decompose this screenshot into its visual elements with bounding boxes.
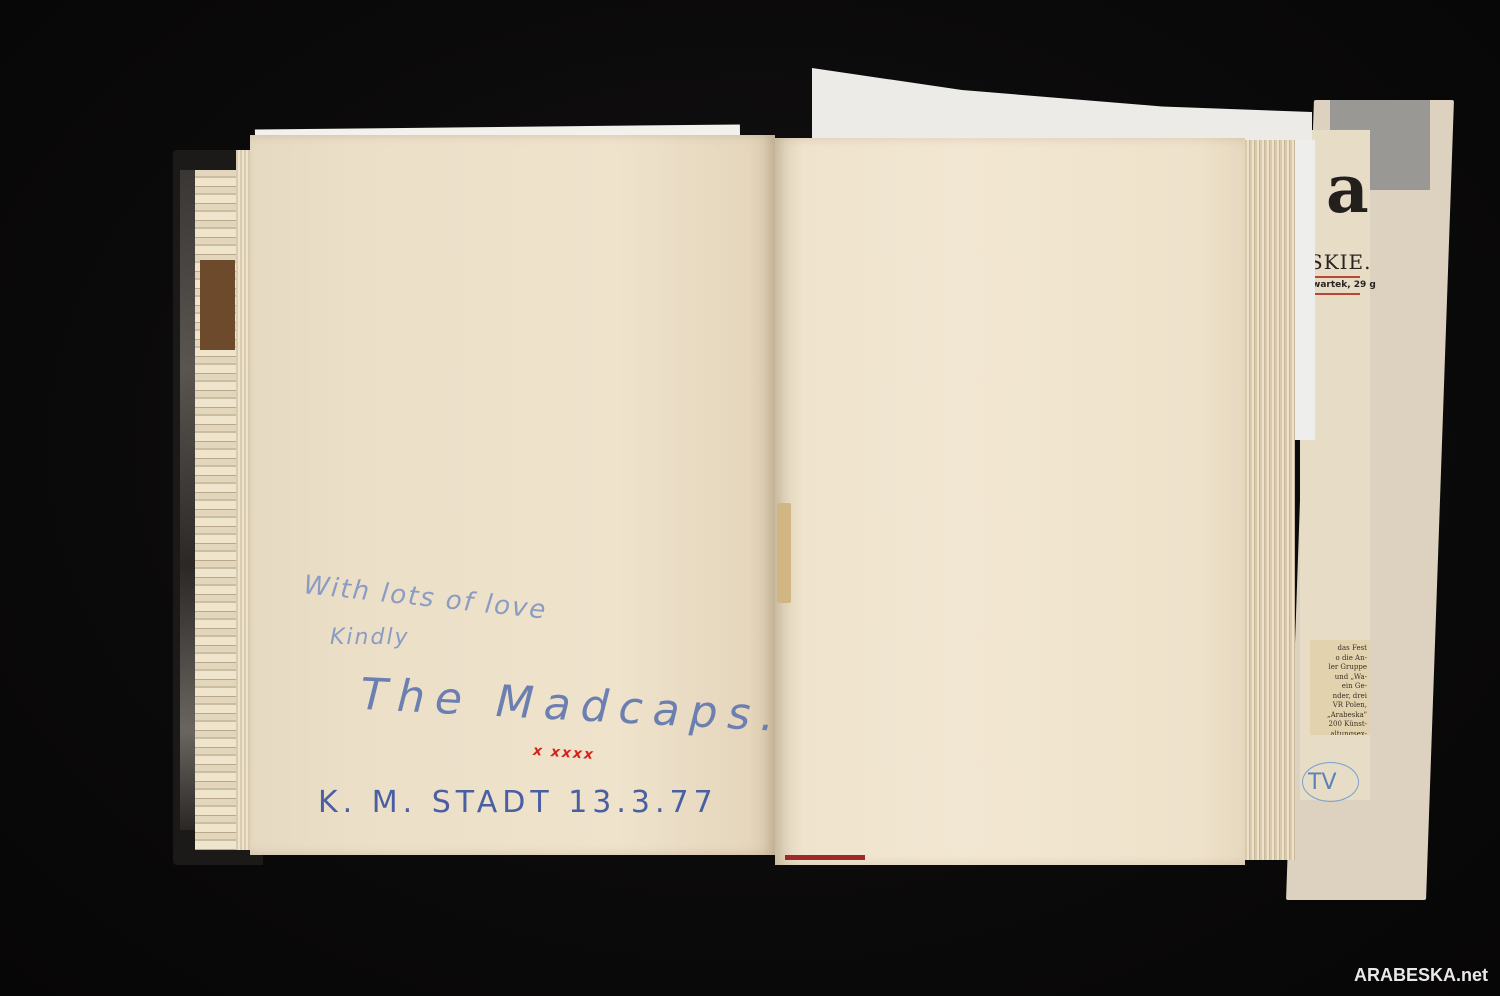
spine-red-edge <box>785 855 865 860</box>
watermark: ARABESKA.net <box>1354 965 1488 986</box>
inscription-line2: Kindly <box>330 625 410 650</box>
photo-clipping <box>200 260 235 350</box>
clipping-line: ler Gruppe <box>1313 663 1367 673</box>
clipping-line: o die An- <box>1313 654 1367 664</box>
clipping-line: und „Wa- <box>1313 673 1367 683</box>
page-edges-right <box>1240 140 1295 860</box>
newspaper-clipping: das Fest o die An- ler Gruppe und „Wa- e… <box>1310 640 1370 735</box>
clipping-line: VR Polen, <box>1313 701 1367 711</box>
clipping-line: ein Ge- <box>1313 682 1367 692</box>
clipping-line: 200 Künst- <box>1313 720 1367 730</box>
newspaper-date: wartek, 29 g <box>1312 280 1376 290</box>
tape-strip <box>777 503 791 603</box>
clipping-line: „Arabeska" <box>1313 711 1367 721</box>
clipping-line: nder, drei <box>1313 692 1367 702</box>
tv-annotation: TV <box>1308 770 1337 795</box>
newspaper-masthead-fragment: SKIE. <box>1309 250 1372 274</box>
clipping-line: das Fest <box>1313 644 1367 654</box>
newspaper-masthead: a <box>1326 150 1369 228</box>
right-page <box>775 138 1245 865</box>
left-page <box>250 135 775 855</box>
clipping-line: altungsex- <box>1313 730 1367 736</box>
inscription-place-date: K. M. STADT 13.3.77 <box>318 785 718 820</box>
